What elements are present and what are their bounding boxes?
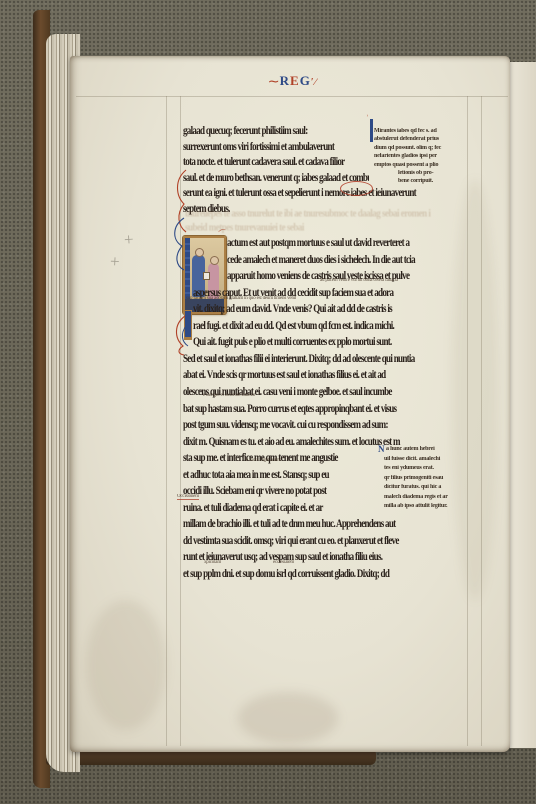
running-title: ⁓REGʹ∕: [248, 73, 338, 95]
marginal-gloss-line: uil fuisse dicit. amalechi: [384, 456, 472, 462]
text-line: et sup pplm dni. et sup domu isrl qd cor…: [183, 567, 470, 581]
parchment-stain: [86, 600, 166, 730]
marginal-gloss-line: milla ab ipso attulit legitur.: [384, 503, 472, 509]
running-title-flourish: ⁓: [269, 77, 280, 88]
interlinear-gloss: e mors vagat anime: [246, 458, 281, 463]
marginal-gloss-line: a hunc autem hebrei: [386, 446, 474, 452]
interlinear-gloss: sup faciem sua adorans gratiam in quo es…: [186, 296, 296, 301]
text-line: abat ei. Vnde scis qr mortuus est saul e…: [183, 368, 470, 382]
running-title-flourish: ʹ∕: [311, 77, 317, 88]
text-line: tota nocte. et tulerunt cadavera saul. e…: [183, 155, 369, 169]
offset-text-impression: tnureilepes te asso tnurelut te ibi ae t…: [185, 207, 469, 219]
text-line: serunt ea igni. et tulerunt ossa et sepe…: [183, 186, 470, 200]
marginal-gloss-line: dium qd possunt. olim q; fec: [374, 145, 470, 151]
text-line: Qui ait. fugit puls e plio et multi corr…: [193, 335, 470, 349]
ruling-line: [481, 96, 482, 746]
running-title-letter: E: [290, 73, 300, 89]
marginal-gloss-line: malech diadema regis et ar: [384, 494, 472, 500]
offered-object: [203, 272, 210, 280]
running-title-letter: R: [280, 73, 290, 89]
text-line: millam de brachio illi. et tuli ad te dn…: [183, 517, 470, 531]
marginal-gloss-line: tes eni ydumeus erat.: [384, 465, 472, 471]
offset-text-impression: subeid metpes tnurevanuiei te sebai: [185, 221, 469, 233]
interlinear-gloss: xpicolam: [204, 560, 221, 565]
figure-messenger-head: [210, 256, 219, 265]
text-line: saul. et de muro bethsan. venerunt q; ia…: [183, 171, 369, 185]
text-line: rael fugi. et dixit ad eu dd. Qd est vbu…: [193, 319, 470, 333]
marginal-gloss-line: bene corripuit.: [398, 178, 494, 184]
text-line: runt et ieiunaverut usq; ad vespam sup s…: [183, 550, 470, 564]
marginal-gloss-line: Mirantes iabes qd fec s. ad: [374, 128, 470, 134]
margin-cross-mark: +: [109, 252, 120, 272]
interlinear-gloss: e fastigio et ludorum latarum: [203, 393, 255, 398]
gloss-initial-n: N: [378, 444, 385, 454]
interlinear-gloss: Occisionem: [177, 494, 199, 500]
marginal-gloss-line: abstulerut defenderat prius: [374, 136, 470, 142]
text-line: Sed et saul et ionathas filii ei interie…: [183, 352, 470, 366]
marginal-gloss-line: qr filius primogeniti esau: [384, 475, 472, 481]
running-title-letter: G: [300, 73, 311, 89]
marginal-gloss-line: emptos quasi possent a plio: [374, 162, 470, 168]
text-line: ruina. et tuli diadema qd erat i capite …: [183, 501, 375, 515]
interlinear-gloss: ecclesialem: [273, 560, 294, 565]
text-line: dd vestimta sua scidit. omsq; viri qui e…: [183, 534, 470, 548]
text-line: cede amalech et maneret duos dies i sich…: [227, 253, 470, 267]
text-line: occidi illu. Sciebam eni qr vivere no po…: [183, 484, 375, 498]
margin-cross-mark: +: [123, 230, 134, 251]
text-line: vit. dixitq; ad eum david. Vnde venis? Q…: [193, 302, 470, 316]
parchment-stain: [238, 692, 338, 744]
gloss-initial-i: [370, 119, 373, 142]
book-board-bottom-edge: [46, 750, 376, 765]
marginal-gloss-line: nefarientes gladios ipsi per: [374, 153, 470, 159]
manuscript-photo: ⁓REGʹ∕ ⌒ ʾ galaad quecuq; fecerunt phili…: [0, 0, 536, 804]
text-line: et adhuc tota aia mea in me est. Stansq;…: [183, 468, 375, 482]
facing-page-edge: [509, 62, 536, 748]
gloss-initial-flourish: ʾ: [366, 114, 369, 123]
figure-david-head: [195, 248, 204, 257]
red-circle-annotation: [340, 181, 373, 196]
text-line: galaad quecuq; fecerunt philistiim saul:: [183, 124, 369, 138]
marginal-gloss-line: letionis ob pro-: [398, 170, 494, 176]
text-line: actum est aut postqm mortuus e saul ut d…: [227, 236, 470, 250]
marginal-gloss-line: dicitur furatus. qui hic a: [384, 484, 472, 490]
ruling-line: [76, 96, 508, 97]
interlinear-gloss: ad pacem venire vul nil bona cetera fall…: [320, 278, 398, 283]
text-line: surrexerunt oms viri fortissimi et ambul…: [183, 140, 369, 154]
text-line: post tgum suu. vidensq; me vocavit. cui …: [183, 418, 470, 432]
text-line: bat sup hastam sua. Porro currus et eqte…: [183, 402, 470, 416]
